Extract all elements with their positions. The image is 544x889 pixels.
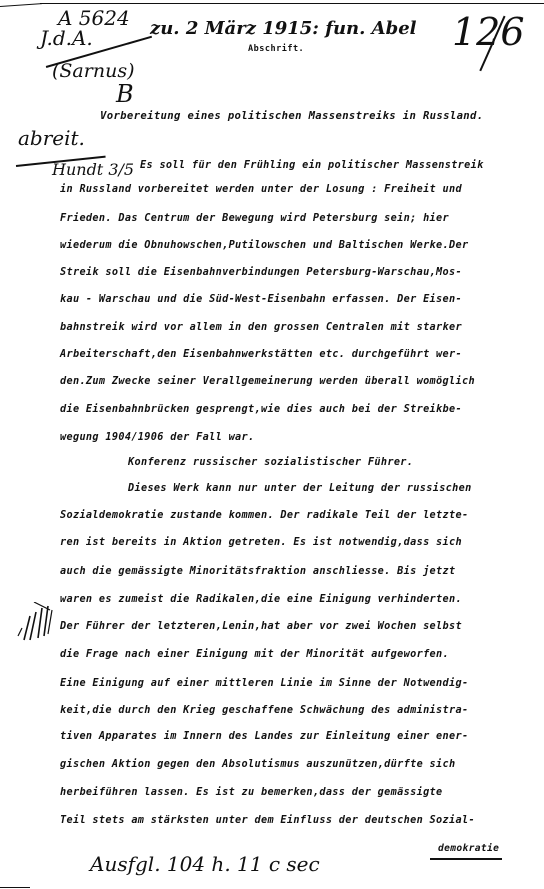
- body-line: in Russland vorbereitet werden unter der…: [60, 184, 462, 195]
- margin-note-abreit: abreit.: [18, 126, 85, 150]
- margin-hatch-mark: [14, 602, 54, 642]
- document-page: A 5624 J.d.A. (Sarnus) B zu. 2 März 1915…: [0, 0, 544, 889]
- handwritten-initials: J.d.A.: [40, 26, 93, 50]
- body-line: Eine Einigung auf einer mittleren Linie …: [60, 678, 468, 689]
- abschrift-stamp: Abschrift.: [248, 44, 304, 54]
- page-top-edge: [40, 3, 544, 4]
- last-word-underline: [430, 858, 502, 860]
- body-line: die Frage nach einer Einigung mit der Mi…: [60, 649, 449, 660]
- body-line: Arbeiterschaft,den Eisenbahnwerkstätten …: [60, 349, 462, 360]
- body-line: wegung 1904/1906 der Fall war.: [60, 432, 255, 443]
- body-line: gischen Aktion gegen den Absolutismus au…: [60, 759, 456, 770]
- body-line: kau - Warschau und die Süd-West-Eisenbah…: [60, 294, 462, 305]
- margin-note-hundt: Hundt 3/5: [52, 160, 134, 179]
- body-line: ren ist bereits in Aktion getreten. Es i…: [60, 537, 462, 548]
- body-line: waren es zumeist die Radikalen,die eine …: [60, 594, 462, 605]
- body-line: Es soll für den Frühling ein politischer…: [140, 160, 484, 171]
- body-line: herbeiführen lassen. Es ist zu bemerken,…: [60, 787, 443, 798]
- handwritten-bottom-note: Ausfgl. 104 h. 11 c sec: [90, 852, 320, 876]
- body-line: keit,die durch den Krieg geschaffene Sch…: [60, 705, 468, 716]
- body-line: Sozialdemokratie zustande kommen. Der ra…: [60, 510, 468, 521]
- handwritten-letter-b: B: [116, 80, 134, 108]
- page-top-left-edge: [0, 3, 42, 7]
- body-line: Der Führer der letzteren,Lenin,hat aber …: [60, 621, 462, 632]
- body-line: Streik soll die Eisenbahnverbindungen Pe…: [60, 267, 462, 278]
- handwritten-date-note: zu. 2 März 1915: fun. Abel: [150, 18, 417, 39]
- section-heading: Konferenz russischer sozialistischer Füh…: [128, 457, 413, 468]
- body-line: Teil stets am stärksten unter dem Einflu…: [60, 815, 475, 826]
- last-word: demokratie: [438, 843, 499, 854]
- body-line: den.Zum Zwecke seiner Verallgemeinerung …: [60, 376, 475, 387]
- body-line: auch die gemässigte Minoritätsfraktion a…: [60, 566, 456, 577]
- body-line: wiederum die Obnuhowschen,Putilowschen u…: [60, 240, 468, 251]
- handwritten-name: (Sarnus): [52, 60, 134, 82]
- body-line: Dieses Werk kann nur unter der Leitung d…: [128, 483, 472, 494]
- body-line: die Eisenbahnbrücken gesprengt,wie dies …: [60, 404, 462, 415]
- body-line: Frieden. Das Centrum der Bewegung wird P…: [60, 213, 449, 224]
- document-title: Vorbereitung eines politischen Massenstr…: [100, 110, 484, 122]
- page-bottom-edge: [0, 887, 30, 888]
- body-line: tiven Apparates im Innern des Landes zur…: [60, 731, 468, 742]
- body-line: bahnstreik wird vor allem in den grossen…: [60, 322, 462, 333]
